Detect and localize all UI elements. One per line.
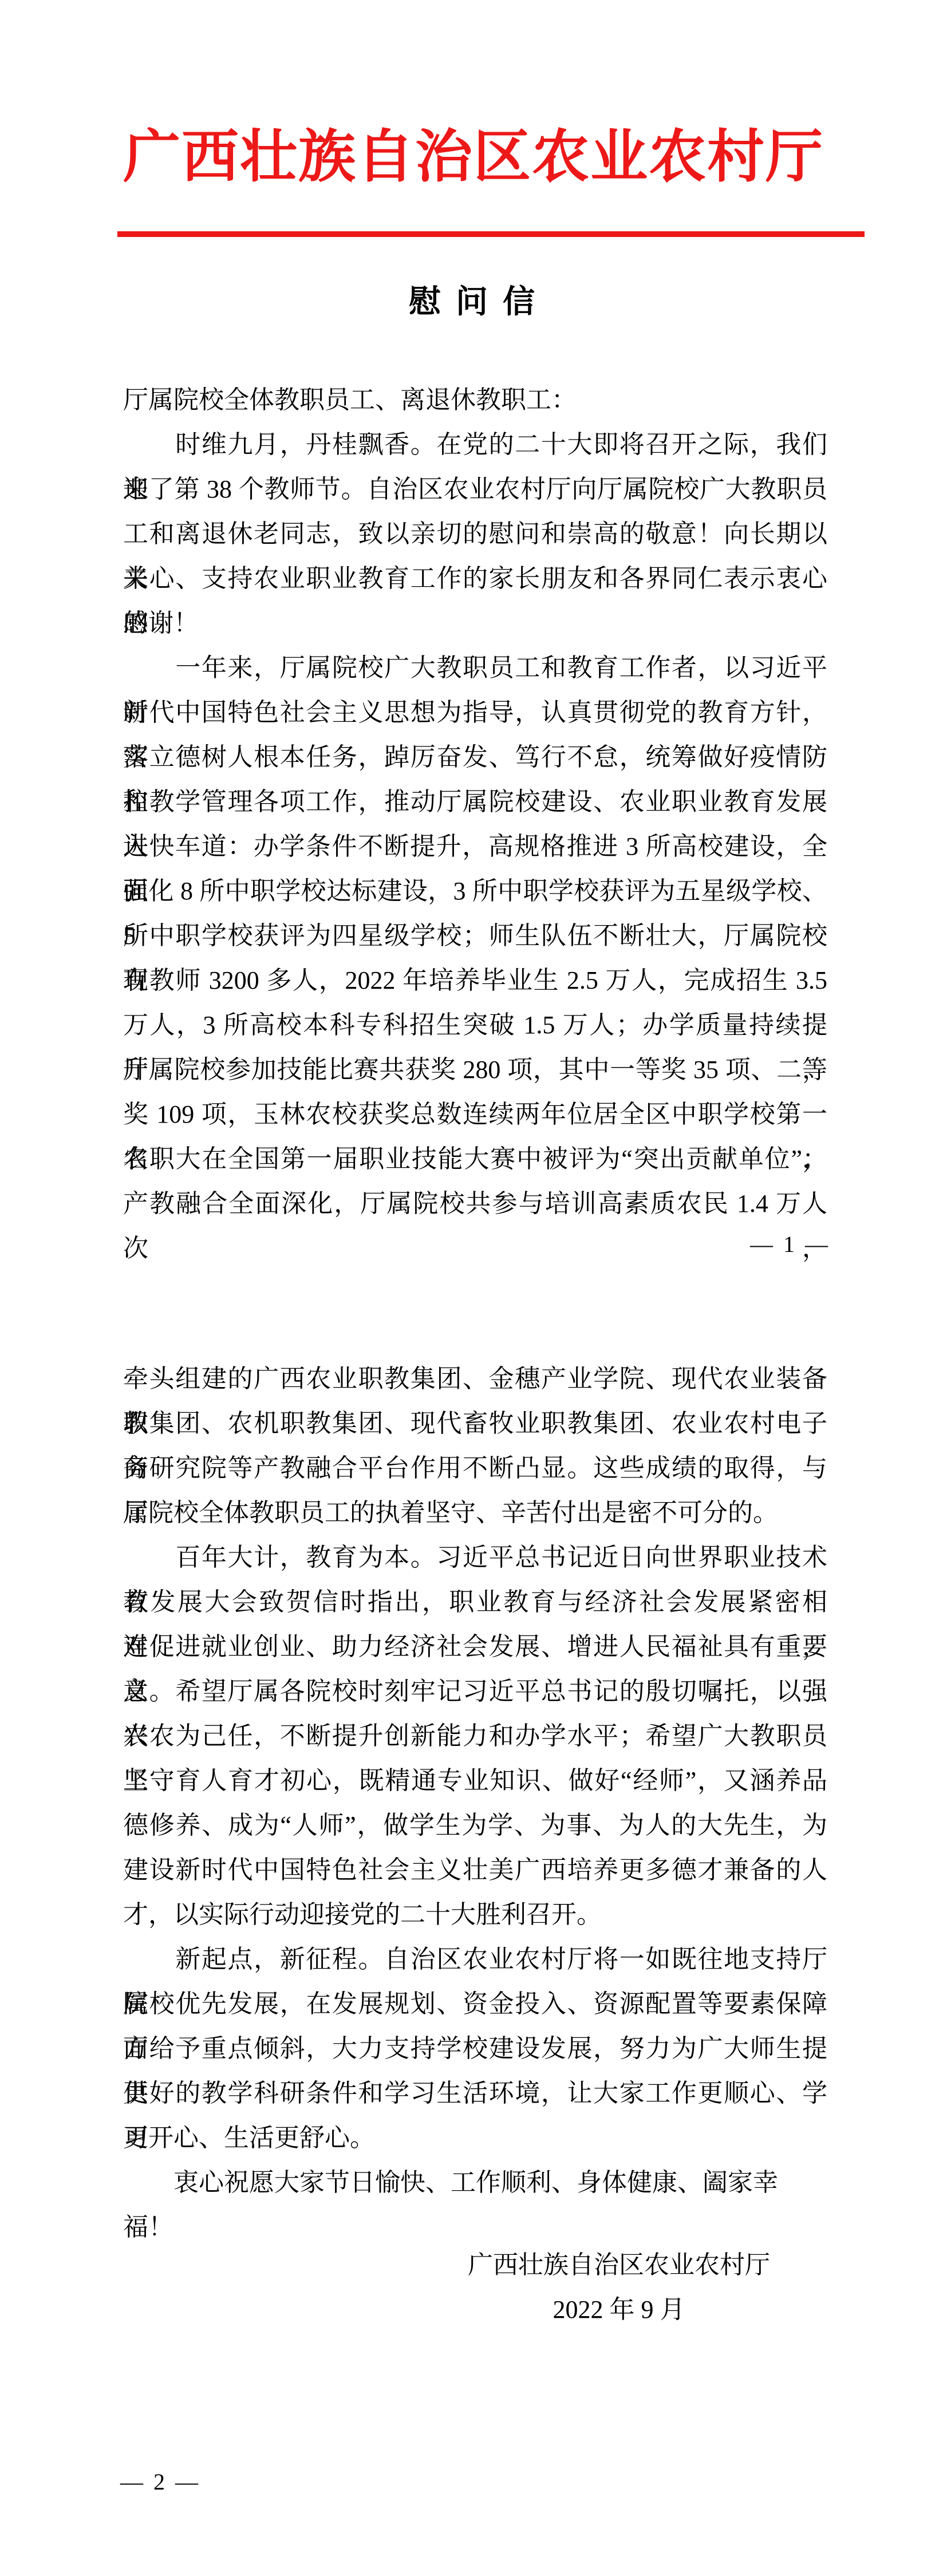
body-line: 衷心祝愿大家节日愉快、工作顺利、身体健康、阖家幸福！ [123, 2160, 827, 2205]
body-line: 产教融合全面深化，厅属院校共参与培训高素质农民 1.4 万人次， [123, 1182, 827, 1226]
page2-number: — 2 — [120, 2470, 200, 2495]
body-line: 入快车道：办学条件不断提升，高规格推进 3 所高校建设，全面 [123, 824, 827, 869]
body-line: 厅属院校参加技能比赛共获奖 280 项，其中一等奖 35 项、二等 [123, 1048, 827, 1092]
body-line: 百年大计，教育为本。习近平总书记近日向世界职业技术教 [123, 1535, 827, 1580]
body-line: 育发展大会致贺信时指出，职业教育与经济社会发展紧密相连， [123, 1580, 827, 1625]
body-line: 对促进就业创业、助力经济社会发展、增进人民福祉具有重要意 [123, 1625, 827, 1669]
date: 2022 年 9 月 [468, 2287, 770, 2332]
body-line: 来了第 38 个教师节。自治区农业农村厅向厅属院校广大教职员 [123, 467, 827, 512]
body-line: 属院校全体教职员工的执着坚守、辛苦付出是密不可分的。 [123, 1491, 827, 1535]
signature-block: 广西壮族自治区农业农村厅 2022 年 9 月 [468, 2243, 770, 2332]
body-line: 德修养、成为“人师”，做学生为学、为事、为人的大先生，为 [123, 1803, 827, 1848]
body-line: 坚守育人育才初心，既精通专业知识、做好“经师”，又涵养品 [123, 1759, 827, 1803]
body-line: 感谢！ [123, 601, 827, 646]
body-line: 万人，3 所高校本科专科招生突破 1.5 万人；办学质量持续提升， [123, 1003, 827, 1048]
signature: 广西壮族自治区农业农村厅 [468, 2243, 770, 2287]
letter-document: 广西壮族自治区农业农村厅 慰 问 信 厅属院校全体教职员工、离退休教职工： 时维… [0, 0, 947, 2576]
page1-number: — 1 — [750, 1232, 830, 1257]
org-header-title: 广西壮族自治区农业农村厅 [0, 120, 947, 195]
body-line: 才，以实际行动迎接党的二十大胜利召开。 [123, 1893, 827, 1937]
body-line: 实立德树人根本任务，踔厉奋发、笃行不怠，统筹做好疫情防控 [123, 735, 827, 780]
body-line: 厅属院校全体教职员工、离退休教职工： [123, 378, 827, 422]
body-line: 所中职学校获评为四星级学校；师生队伍不断壮大，厅属院校现 [123, 914, 827, 958]
body-line: 义。希望厅属各院校时刻牢记习近平总书记的殷切嘱托，以强农 [123, 1669, 827, 1714]
body-line: 一年来，厅属院校广大教职员工和教育工作者，以习近平新 [123, 646, 827, 690]
body-line: 更好的教学科研条件和学习生活环境，让大家工作更顺心、学习 [123, 2071, 827, 2116]
page1-body: 厅属院校全体教职员工、离退休教职工： 时维九月，丹桂飘香。在党的二十大即将召开之… [123, 378, 827, 1226]
body-line: 建设新时代中国特色社会主义壮美广西培养更多德才兼备的人 [123, 1848, 827, 1893]
body-line: 更开心、生活更舒心。 [123, 2116, 827, 2160]
body-line: 教集团、农机职教集团、现代畜牧业职教集团、农业农村电子商 [123, 1401, 827, 1446]
body-line: 时维九月，丹桂飘香。在党的二十大即将召开之际，我们迎 [123, 422, 827, 467]
body-line: 面给予重点倾斜，大力支持学校建设发展，努力为广大师生提供 [123, 2026, 827, 2071]
body-line: 奖 109 项，玉林农校获奖总数连续两年位居全区中职学校第一名， [123, 1092, 827, 1137]
body-line: 关心、支持农业职业教育工作的家长朋友和各界同仁表示衷心的 [123, 556, 827, 601]
body-line: 工和离退休老同志，致以亲切的慰问和崇高的敬意！向长期以来 [123, 512, 827, 556]
body-line: 和教学管理各项工作，推动厅属院校建设、农业职业教育发展进 [123, 780, 827, 824]
body-line: 院校优先发展，在发展规划、资金投入、资源配置等要素保障方 [123, 1982, 827, 2026]
body-line: 农职大在全国第一届职业技能大赛中被评为“突出贡献单位”； [123, 1137, 827, 1182]
body-line: 有教师 3200 多人，2022 年培养毕业生 2.5 万人，完成招生 3.5 [123, 958, 827, 1003]
body-line: 牵头组建的广西农业职教集团、金穗产业学院、现代农业装备职 [123, 1357, 827, 1401]
letter-title: 慰 问 信 [0, 282, 947, 323]
body-line: 强化 8 所中职学校达标建设，3 所中职学校获评为五星级学校、5 [123, 869, 827, 914]
body-line: 务研究院等产教融合平台作用不断凸显。这些成绩的取得，与厅 [123, 1446, 827, 1491]
body-line: 时代中国特色社会主义思想为指导，认真贯彻党的教育方针，落 [123, 690, 827, 735]
red-divider [117, 231, 865, 237]
body-line: 兴农为己任，不断提升创新能力和办学水平；希望广大教职员工 [123, 1714, 827, 1759]
page2-body: 牵头组建的广西农业职教集团、金穗产业学院、现代农业装备职 教集团、农机职教集团、… [123, 1357, 827, 2205]
body-line: 新起点，新征程。自治区农业农村厅将一如既往地支持厅属 [123, 1937, 827, 1982]
